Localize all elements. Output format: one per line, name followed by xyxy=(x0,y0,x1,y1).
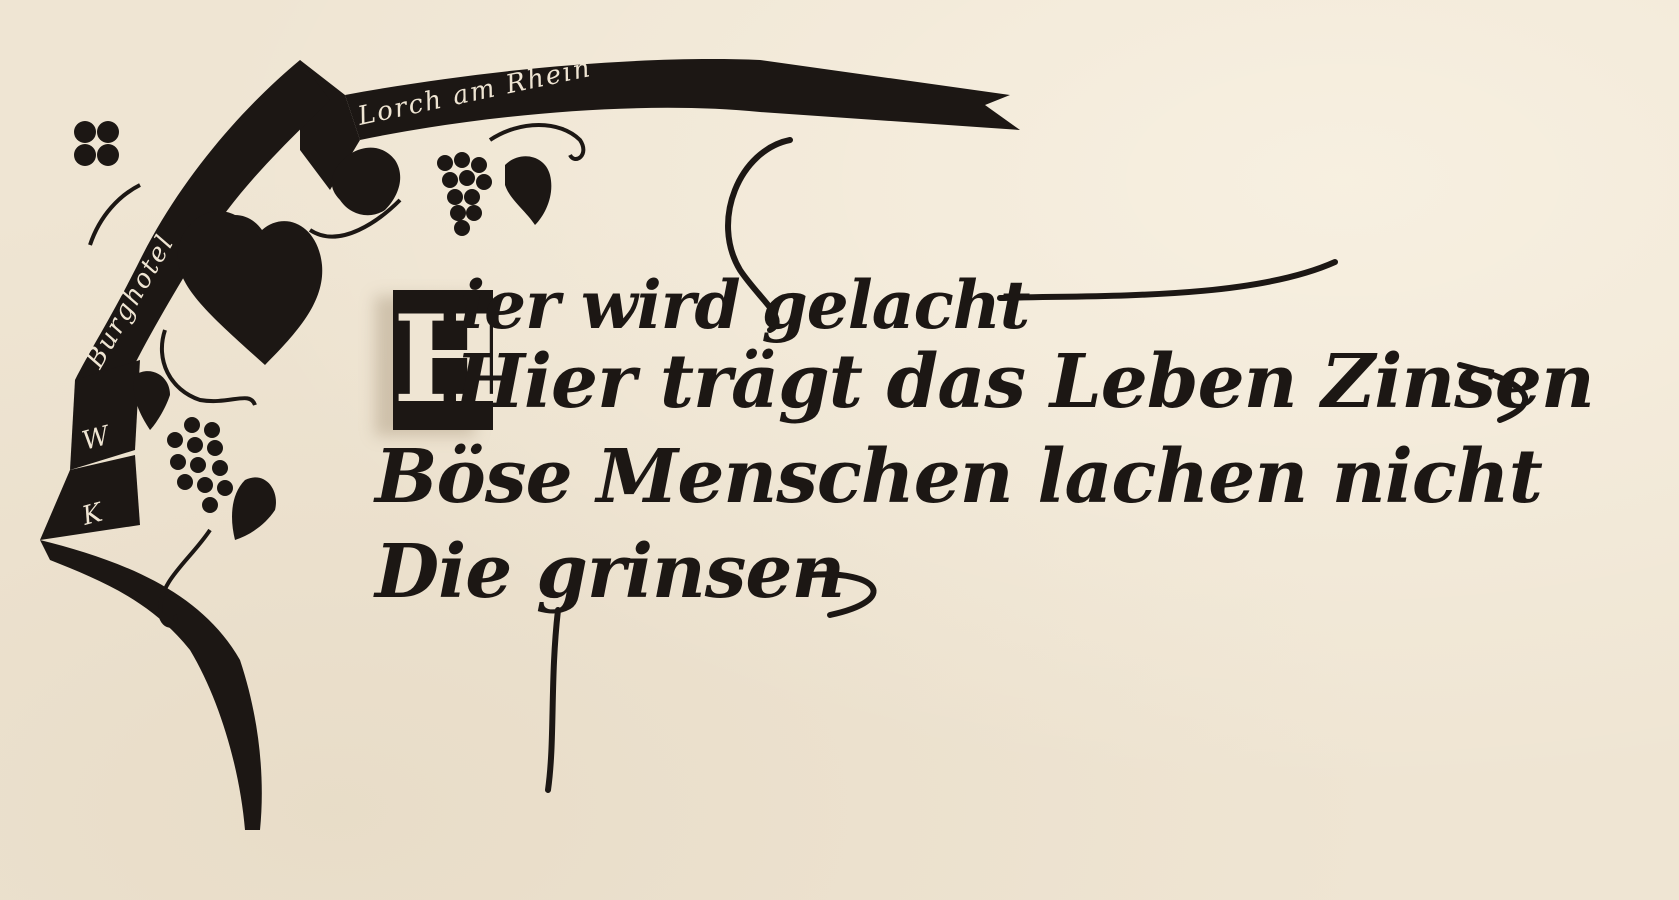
verse-line-2: Hier trägt das Leben Zinsen xyxy=(455,345,1594,419)
calligraphy-card: Lorch am Rhein Burghotel W K xyxy=(0,0,1679,900)
heart-leaf-icon xyxy=(178,211,322,365)
verse-line-4: Die grinsen xyxy=(375,535,844,609)
verse-line-3: Böse Menschen lachen nicht xyxy=(375,440,1542,514)
verse-line-1: ier wird gelacht xyxy=(460,272,1029,338)
